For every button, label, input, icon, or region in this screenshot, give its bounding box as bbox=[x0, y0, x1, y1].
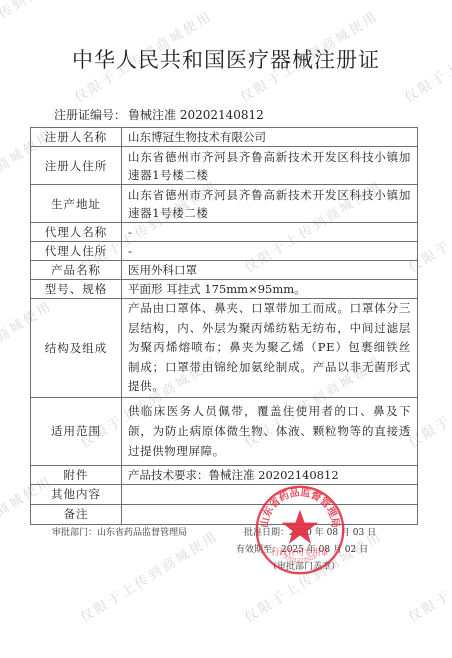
watermark-text: 仅限于上传到商城使用 bbox=[240, 525, 386, 626]
table-row: 代理人住所 - bbox=[31, 242, 418, 261]
row-label: 结构及组成 bbox=[31, 299, 122, 398]
document-title: 中华人民共和国医疗器械注册证 bbox=[0, 44, 452, 74]
approval-date: 批准日期：2020 年 08 月 03 日 bbox=[244, 525, 376, 538]
row-value: 平面形 耳挂式 175mm×95mm。 bbox=[122, 280, 418, 299]
table-row: 代理人名称 - bbox=[31, 223, 418, 242]
row-label: 代理人住所 bbox=[31, 242, 122, 261]
table-row: 产品名称 医用外科口罩 bbox=[31, 261, 418, 280]
row-label: 附件 bbox=[31, 465, 122, 484]
table-row: 注册人名称 山东博冠生物技术有限公司 bbox=[31, 128, 418, 147]
watermark-text: 仅限于上传到商城使用 bbox=[404, 525, 452, 626]
registration-number-label: 注册证编号： bbox=[54, 108, 126, 122]
table-row: 其他内容 bbox=[31, 484, 418, 504]
table-row: 附件 产品技术要求：鲁械注准 20202140812 bbox=[31, 465, 418, 484]
row-value: 山东博冠生物技术有限公司 bbox=[122, 128, 418, 147]
table-row: 备注 bbox=[31, 504, 418, 524]
watermark-text: 仅限于上传到商城使用 bbox=[76, 525, 222, 626]
row-label: 生产地址 bbox=[31, 185, 122, 223]
row-label: 注册人住所 bbox=[31, 147, 122, 185]
row-label: 备注 bbox=[31, 504, 122, 524]
valid-until-date: 有效期至：2025 年 08 月 02 日 bbox=[236, 542, 368, 555]
table-row: 注册人住所 山东省德州市齐河县齐鲁高新技术开发区科技小镇加速器1号楼二楼 bbox=[31, 147, 418, 185]
row-value: - bbox=[122, 242, 418, 261]
registration-number-line: 注册证编号：鲁械注准 20202140812 bbox=[54, 106, 264, 123]
row-value: 产品由口罩体、鼻夹、口罩带加工而成。口罩体分三层结构，内、外层为聚丙烯纺粘无纺布… bbox=[122, 299, 418, 398]
row-label: 其他内容 bbox=[31, 484, 122, 504]
row-value: - bbox=[122, 223, 418, 242]
row-label: 型号、规格 bbox=[31, 280, 122, 299]
row-value: 山东省德州市齐河县齐鲁高新技术开发区科技小镇加速器1号楼二楼 bbox=[122, 185, 418, 223]
row-value: 山东省德州市齐河县齐鲁高新技术开发区科技小镇加速器1号楼二楼 bbox=[122, 147, 418, 185]
approval-department: 审批部门：山东省药品监督管理局 bbox=[52, 525, 187, 538]
seal-note: （审批部门盖章） bbox=[268, 559, 340, 572]
row-value: 产品技术要求：鲁械注准 20202140812 bbox=[122, 465, 418, 484]
table-row: 结构及组成 产品由口罩体、鼻夹、口罩带加工而成。口罩体分三层结构，内、外层为聚丙… bbox=[31, 299, 418, 398]
row-label: 代理人名称 bbox=[31, 223, 122, 242]
table-row: 适用范围 供临床医务人员佩带，覆盖住使用者的口、鼻及下颌，为防止病原体微生物、体… bbox=[31, 397, 418, 465]
row-value: 医用外科口罩 bbox=[122, 261, 418, 280]
row-label: 注册人名称 bbox=[31, 128, 122, 147]
table-row: 型号、规格 平面形 耳挂式 175mm×95mm。 bbox=[31, 280, 418, 299]
registration-number-value: 鲁械注准 20202140812 bbox=[128, 108, 264, 122]
table-row: 生产地址 山东省德州市齐河县齐鲁高新技术开发区科技小镇加速器1号楼二楼 bbox=[31, 185, 418, 223]
row-value bbox=[122, 484, 418, 504]
row-value bbox=[122, 504, 418, 524]
row-label: 产品名称 bbox=[31, 261, 122, 280]
row-label: 适用范围 bbox=[31, 397, 122, 465]
row-value: 供临床医务人员佩带，覆盖住使用者的口、鼻及下颌，为防止病原体微生物、体液、颗粒物… bbox=[122, 397, 418, 465]
registration-info-table: 注册人名称 山东博冠生物技术有限公司 注册人住所 山东省德州市齐河县齐鲁高新技术… bbox=[30, 127, 418, 525]
